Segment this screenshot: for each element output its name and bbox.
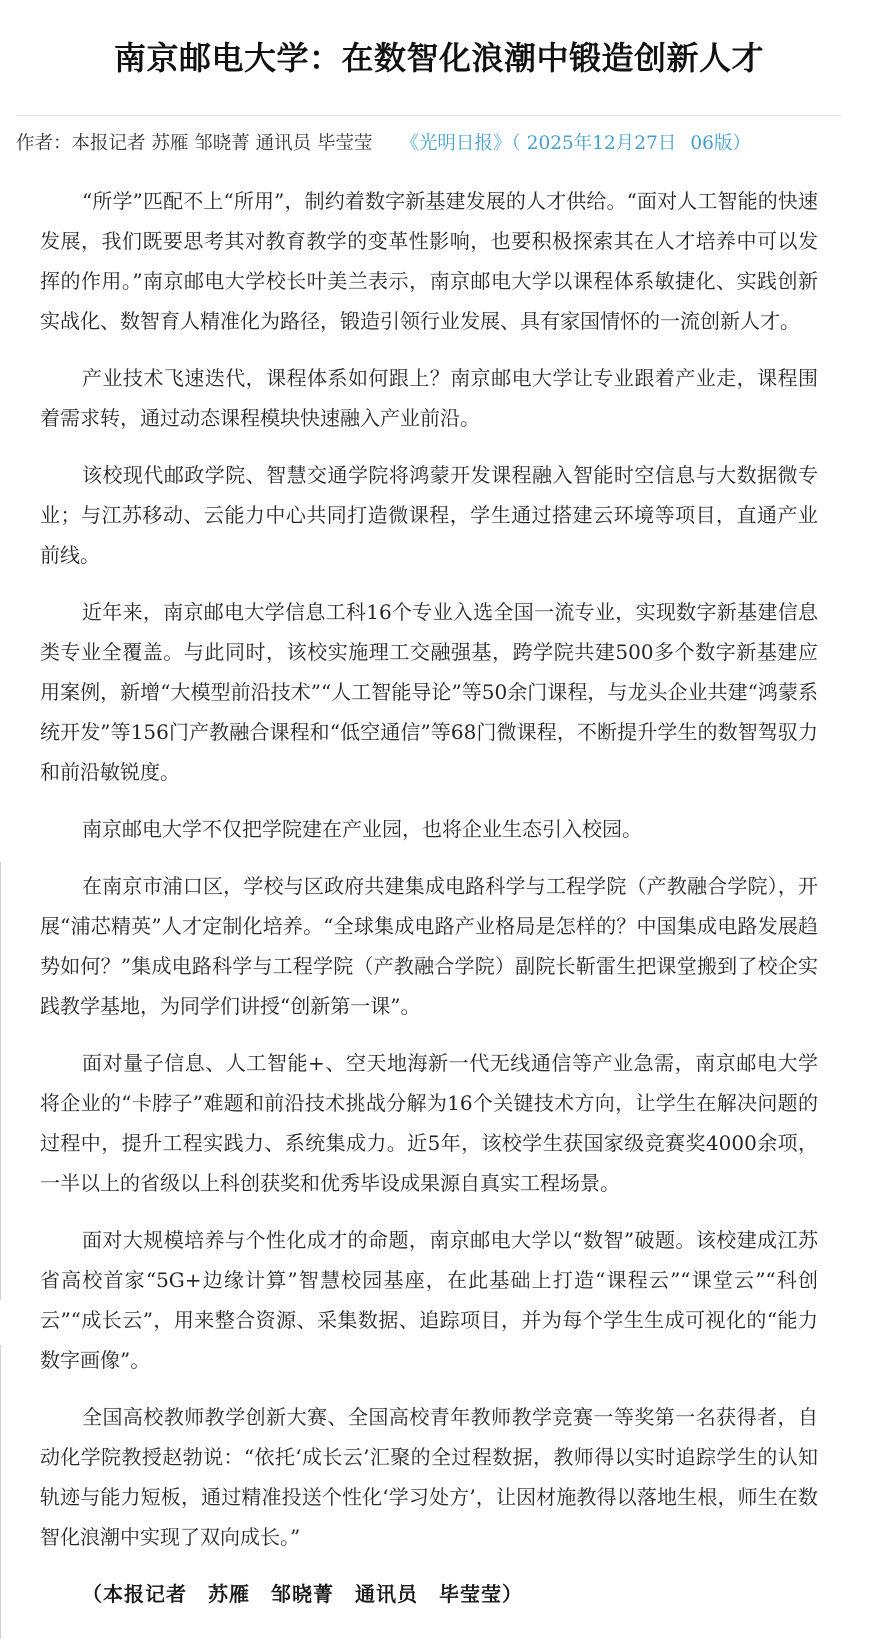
paragraph: 面对大规模培养与个性化成才的命题，南京邮电大学以“数智”破题。该校建成江苏省高校… (40, 1220, 818, 1380)
article-signature: （本报记者 苏雁 邹晓菁 通讯员 毕莹莹） (40, 1574, 818, 1614)
paragraph: 面对量子信息、人工智能+、空天地海新一代无线通信等产业急需，南京邮电大学将企业的… (40, 1043, 818, 1203)
author-info: 作者：本报记者 苏雁 邹晓菁 通讯员 毕莹莹 (16, 133, 373, 154)
paragraph: 在南京市浦口区，学校与区政府共建集成电路科学与工程学院（产教融合学院），开展“浦… (40, 866, 818, 1026)
paragraph: 产业技术飞速迭代，课程体系如何跟上？南京邮电大学让专业跟着产业走，课程围着需求转… (40, 358, 818, 438)
source-link[interactable]: 《光明日报》（2025年12月27日06版） (400, 133, 750, 154)
article-title: 南京邮电大学：在数智化浪潮中锻造创新人才 (0, 0, 878, 84)
title-divider (16, 115, 841, 116)
edition: 06版） (690, 133, 751, 154)
byline: 作者：本报记者 苏雁 邹晓菁 通讯员 毕莹莹 《光明日报》（2025年12月27… (16, 131, 876, 157)
paragraph: 南京邮电大学不仅把学院建在产业园，也将企业生态引入校园。 (40, 809, 818, 849)
article-body: “所学”匹配不上“所用”，制约着数字新基建发展的人才供给。“面对人工智能的快速发… (40, 181, 818, 1614)
article: 南京邮电大学：在数智化浪潮中锻造创新人才 作者：本报记者 苏雁 邹晓菁 通讯员 … (0, 0, 878, 84)
paragraph: “所学”匹配不上“所用”，制约着数字新基建发展的人才供给。“面对人工智能的快速发… (40, 181, 818, 341)
source-name: 《光明日报》（ (400, 133, 520, 154)
publish-date: 2025年12月27日 (527, 133, 677, 154)
paragraph: 全国高校教师教学创新大赛、全国高校青年教师教学竞赛一等奖第一名获得者，自动化学院… (40, 1397, 818, 1557)
left-edge-line (0, 1345, 1, 1639)
paragraph: 近年来，南京邮电大学信息工科16个专业入选全国一流专业，实现数字新基建信息类专业… (40, 592, 818, 792)
paragraph: 该校现代邮政学院、智慧交通学院将鸿蒙开发课程融入智能时空信息与大数据微专业；与江… (40, 455, 818, 575)
left-edge-line (0, 862, 1, 1300)
